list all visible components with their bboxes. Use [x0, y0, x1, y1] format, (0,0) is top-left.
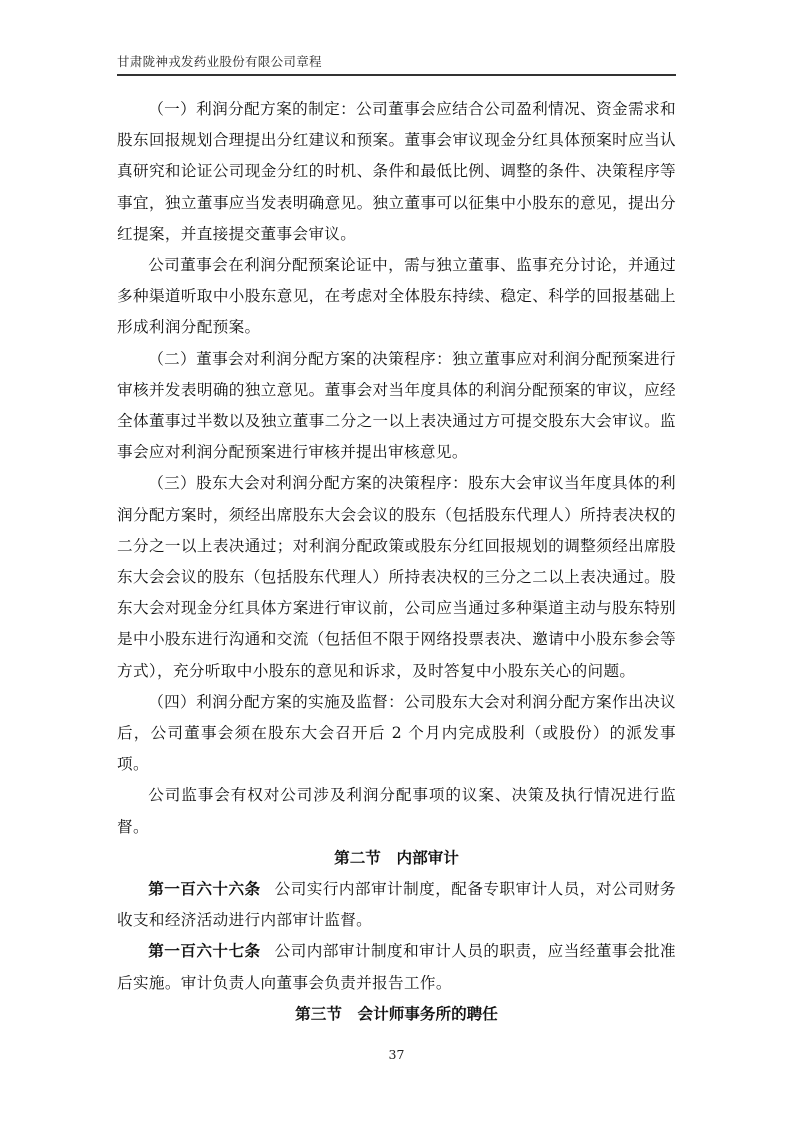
page-body: （一）利润分配方案的制定：公司董事会应结合公司盈利情况、资金需求和股东回报规划合… — [117, 94, 676, 1030]
paragraph-shareholder-meeting-procedure: （三）股东大会对利润分配方案的决策程序：股东大会审议当年度具体的利润分配方案时，… — [117, 468, 676, 686]
page-number: 37 — [0, 1047, 793, 1062]
paragraph-board-decision-procedure: （二）董事会对利润分配方案的决策程序：独立董事应对利润分配预案进行审核并发表明确… — [117, 344, 676, 469]
paragraph-implementation-supervision: （四）利润分配方案的实施及监督：公司股东大会对利润分配方案作出决议后，公司董事会… — [117, 687, 676, 781]
section-title-accounting-firm: 第三节 会计师事务所的聘任 — [117, 999, 676, 1030]
article-166: 第一百六十六条公司实行内部审计制度，配备专职审计人员，对公司财务收支和经济活动进… — [117, 874, 676, 936]
article-167: 第一百六十七条公司内部审计制度和审计人员的职责，应当经董事会批准后实施。审计负责… — [117, 936, 676, 998]
paragraph-board-discussion: 公司董事会在利润分配预案论证中，需与独立董事、监事充分讨论，并通过多种渠道听取中… — [117, 250, 676, 344]
paragraph-profit-plan-formulation: （一）利润分配方案的制定：公司董事会应结合公司盈利情况、资金需求和股东回报规划合… — [117, 94, 676, 250]
article-166-label: 第一百六十六条 — [148, 880, 260, 898]
paragraph-supervisory-board-rights: 公司监事会有权对公司涉及利润分配事项的议案、决策及执行情况进行监督。 — [117, 780, 676, 842]
document-title: 甘肃陇神戎发药业股份有限公司章程 — [117, 52, 676, 74]
header-divider — [117, 74, 676, 76]
section-title-internal-audit: 第二节 内部审计 — [117, 843, 676, 874]
page-header: 甘肃陇神戎发药业股份有限公司章程 — [117, 52, 676, 76]
article-167-label: 第一百六十七条 — [148, 942, 260, 960]
